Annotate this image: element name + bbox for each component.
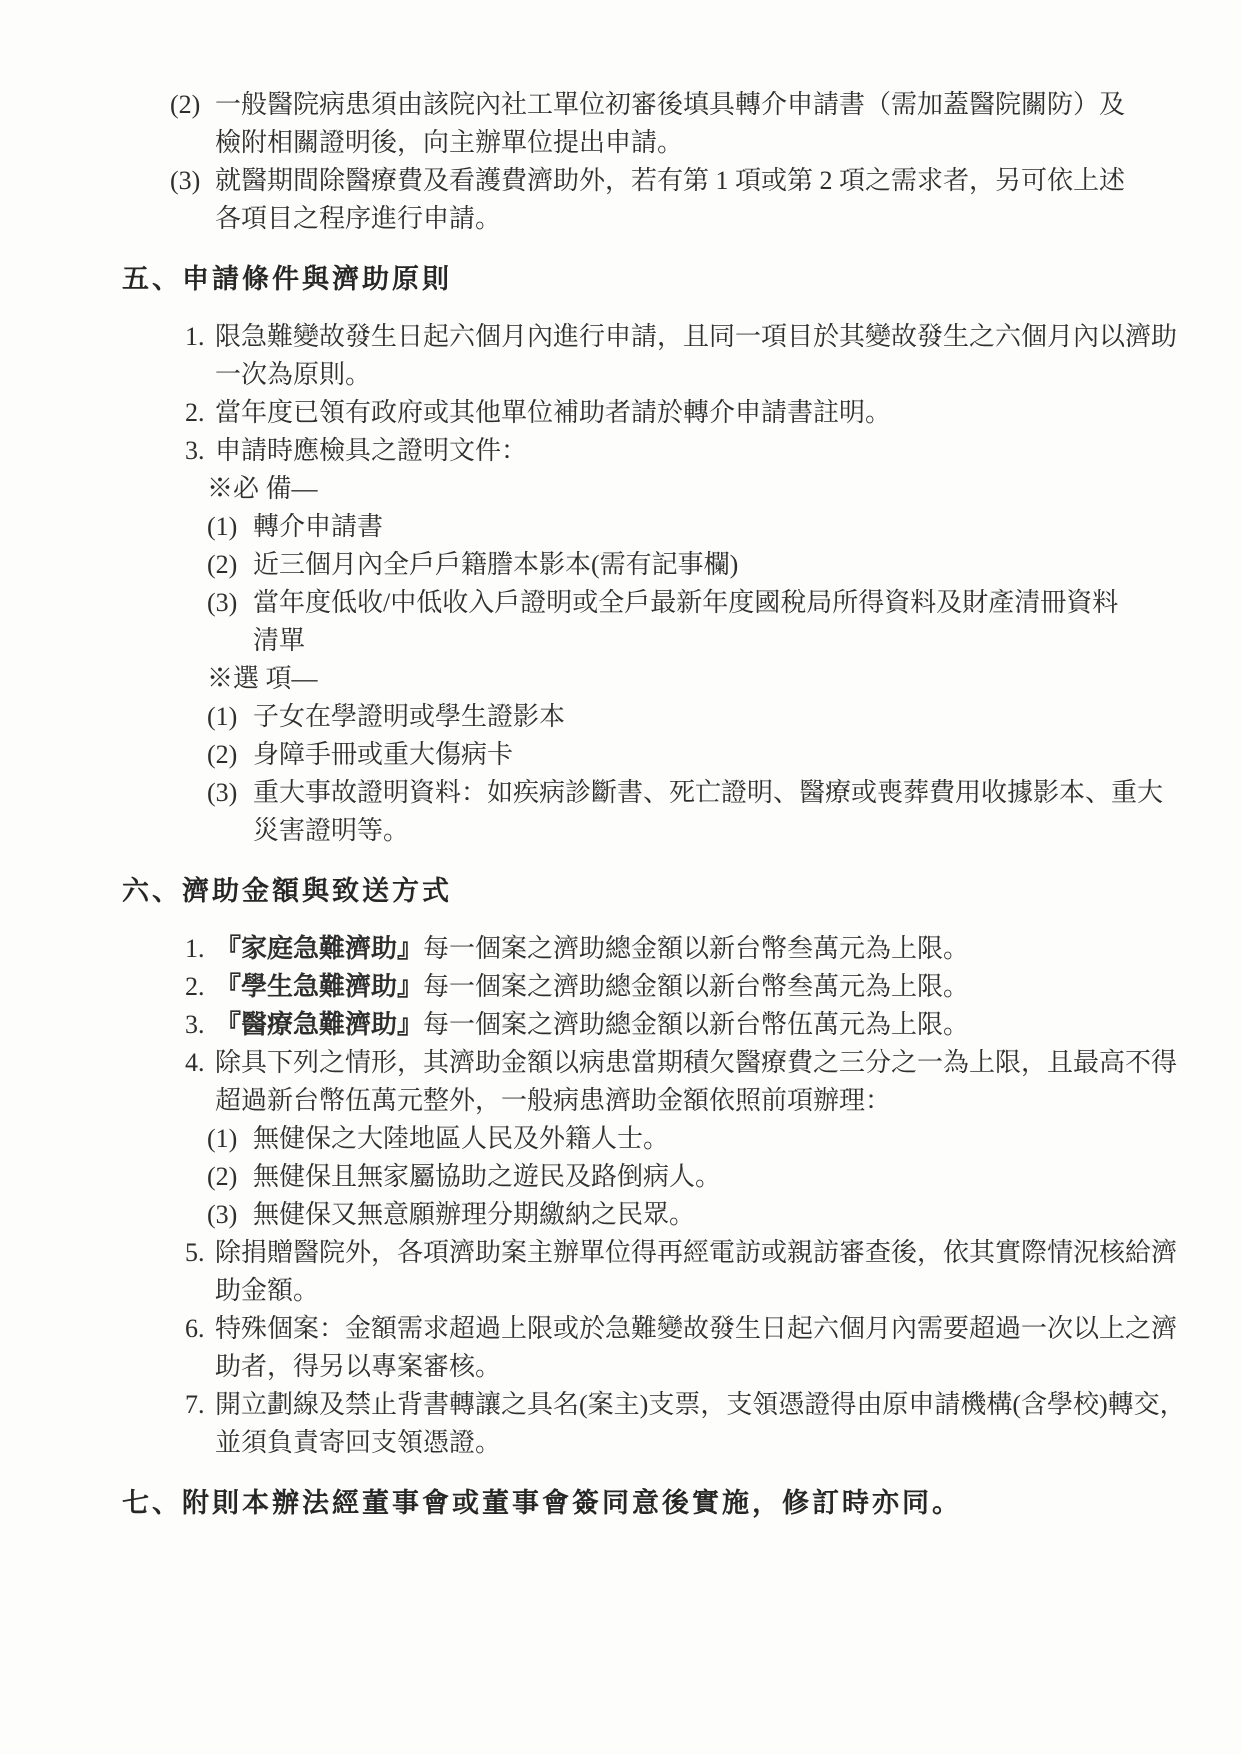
clause-line: 檢附相關證明後，向主辦單位提出申請。 xyxy=(215,124,1186,162)
sub-clause-label: (3) xyxy=(207,584,253,622)
clause-line: 開立劃線及禁止背書轉讓之具名(案主)支票，支領憑證得由原申請機構(含學校)轉交， xyxy=(215,1386,1186,1424)
item-number: 1. xyxy=(185,930,215,968)
clause-line: 當年度低收/中低收入戶證明或全戶最新年度國稅局所得資料及財產清冊資料 xyxy=(253,584,1186,622)
clause-line: 『家庭急難濟助』每一個案之濟助總金額以新台幣叁萬元為上限。 xyxy=(215,930,1186,968)
sub-clause-item: (2) 身障手冊或重大傷病卡 xyxy=(207,736,1186,774)
item-number: 4. xyxy=(185,1044,215,1082)
sub-clause-item: (1) 無健保之大陸地區人民及外籍人士。 xyxy=(207,1120,1186,1158)
clause-text: 每一個案之濟助總金額以新台幣伍萬元為上限。 xyxy=(423,1010,969,1039)
clause-line: 轉介申請書 xyxy=(253,508,1186,546)
clause-line: 災害證明等。 xyxy=(253,812,1186,850)
clause-item: (3) 就醫期間除醫療費及看護費濟助外，若有第 1 項或第 2 項之需求者，另可… xyxy=(170,162,1186,238)
clause-line: 無健保且無家屬協助之遊民及路倒病人。 xyxy=(253,1158,1186,1196)
item-number: 2. xyxy=(185,394,215,432)
clause-line: 『醫療急難濟助』每一個案之濟助總金額以新台幣伍萬元為上限。 xyxy=(215,1006,1186,1044)
numbered-item: 4. 除具下列之情形，其濟助金額以病患當期積欠醫療費之三分之一為上限，且最高不得… xyxy=(185,1044,1186,1120)
item-number: 3. xyxy=(185,432,215,470)
clause-line: 申請時應檢具之證明文件： xyxy=(215,432,1186,470)
sub-clause-label: (2) xyxy=(207,736,253,774)
sub-clause-item: (2) 近三個月內全戶戶籍謄本影本(需有記事欄) xyxy=(207,546,1186,584)
clause-label: (2) xyxy=(170,86,215,124)
numbered-item: 2. 當年度已領有政府或其他單位補助者請於轉介申請書註明。 xyxy=(185,394,1186,432)
clause-line: 子女在學證明或學生證影本 xyxy=(253,698,1186,736)
sub-clause-label: (2) xyxy=(207,546,253,584)
program-name: 『學生急難濟助』 xyxy=(215,972,423,1001)
numbered-item: 3. 『醫療急難濟助』每一個案之濟助總金額以新台幣伍萬元為上限。 xyxy=(185,1006,1186,1044)
sub-clause-item: (1) 轉介申請書 xyxy=(207,508,1186,546)
sub-clause-label: (1) xyxy=(207,1120,253,1158)
sub-clause-item: (3) 當年度低收/中低收入戶證明或全戶最新年度國稅局所得資料及財產清冊資料 清… xyxy=(207,584,1186,660)
item-number: 3. xyxy=(185,1006,215,1044)
sub-clause-label: (1) xyxy=(207,508,253,546)
clause-line: 一次為原則。 xyxy=(215,356,1186,394)
sub-clause-item: (1) 子女在學證明或學生證影本 xyxy=(207,698,1186,736)
numbered-item: 6. 特殊個案：金額需求超過上限或於急難變故發生日起六個月內需要超過一次以上之濟… xyxy=(185,1310,1186,1386)
sub-clause-item: (2) 無健保且無家屬協助之遊民及路倒病人。 xyxy=(207,1158,1186,1196)
item-number: 5. xyxy=(185,1234,215,1272)
clause-line: 重大事故證明資料：如疾病診斷書、死亡證明、醫療或喪葬費用收據影本、重大 xyxy=(253,774,1186,812)
clause-item: (2) 一般醫院病患須由該院內社工單位初審後填具轉介申請書（需加蓋醫院關防）及 … xyxy=(170,86,1186,162)
optional-docs-marker: ※選 項— xyxy=(207,660,1186,698)
clause-line: 清單 xyxy=(253,622,1186,660)
program-name: 『醫療急難濟助』 xyxy=(215,1010,423,1039)
sub-clause-label: (3) xyxy=(207,774,253,812)
numbered-item: 5. 除捐贈醫院外，各項濟助案主辦單位得再經電訪或親訪審查後，依其實際情況核給濟… xyxy=(185,1234,1186,1310)
document-page: (2) 一般醫院病患須由該院內社工單位初審後填具轉介申請書（需加蓋醫院關防）及 … xyxy=(0,0,1241,1755)
numbered-item: 1. 『家庭急難濟助』每一個案之濟助總金額以新台幣叁萬元為上限。 xyxy=(185,930,1186,968)
clause-line: 一般醫院病患須由該院內社工單位初審後填具轉介申請書（需加蓋醫院關防）及 xyxy=(215,86,1186,124)
required-docs-marker: ※必 備— xyxy=(207,470,1186,508)
clause-line: 超過新台幣伍萬元整外，一般病患濟助金額依照前項辦理： xyxy=(215,1082,1186,1120)
program-name: 『家庭急難濟助』 xyxy=(215,934,423,963)
clause-line: 並須負責寄回支領憑證。 xyxy=(215,1424,1186,1462)
clause-label: (3) xyxy=(170,162,215,200)
item-number: 7. xyxy=(185,1386,215,1424)
clause-line: 無健保又無意願辦理分期繳納之民眾。 xyxy=(253,1196,1186,1234)
clause-line: 近三個月內全戶戶籍謄本影本(需有記事欄) xyxy=(253,546,1186,584)
section-heading-six: 六、濟助金額與致送方式 xyxy=(122,872,1186,910)
numbered-item: 3. 申請時應檢具之證明文件： xyxy=(185,432,1186,470)
clause-line: 特殊個案：金額需求超過上限或於急難變故發生日起六個月內需要超過一次以上之濟 xyxy=(215,1310,1186,1348)
clause-line: 各項目之程序進行申請。 xyxy=(215,200,1186,238)
item-number: 2. xyxy=(185,968,215,1006)
item-number: 6. xyxy=(185,1310,215,1348)
clause-line: 除具下列之情形，其濟助金額以病患當期積欠醫療費之三分之一為上限，且最高不得 xyxy=(215,1044,1186,1082)
clause-line: 當年度已領有政府或其他單位補助者請於轉介申請書註明。 xyxy=(215,394,1186,432)
sub-clause-label: (3) xyxy=(207,1196,253,1234)
clause-line: 助者，得另以專案審核。 xyxy=(215,1348,1186,1386)
clause-line: 無健保之大陸地區人民及外籍人士。 xyxy=(253,1120,1186,1158)
section-heading-five: 五、申請條件與濟助原則 xyxy=(122,260,1186,298)
sub-clause-label: (2) xyxy=(207,1158,253,1196)
numbered-item: 7. 開立劃線及禁止背書轉讓之具名(案主)支票，支領憑證得由原申請機構(含學校)… xyxy=(185,1386,1186,1462)
section-heading-seven: 七、附則本辦法經董事會或董事會簽同意後實施，修訂時亦同。 xyxy=(122,1484,1186,1522)
numbered-item: 1. 限急難變故發生日起六個月內進行申請，且同一項目於其變故發生之六個月內以濟助… xyxy=(185,318,1186,394)
clause-line: 限急難變故發生日起六個月內進行申請，且同一項目於其變故發生之六個月內以濟助 xyxy=(215,318,1186,356)
clause-text: 每一個案之濟助總金額以新台幣叁萬元為上限。 xyxy=(423,934,969,963)
clause-line: 助金額。 xyxy=(215,1272,1186,1310)
sub-clause-item: (3) 重大事故證明資料：如疾病診斷書、死亡證明、醫療或喪葬費用收據影本、重大 … xyxy=(207,774,1186,850)
clause-line: 就醫期間除醫療費及看護費濟助外，若有第 1 項或第 2 項之需求者，另可依上述 xyxy=(215,162,1186,200)
clause-line: 除捐贈醫院外，各項濟助案主辦單位得再經電訪或親訪審查後，依其實際情況核給濟 xyxy=(215,1234,1186,1272)
numbered-item: 2. 『學生急難濟助』每一個案之濟助總金額以新台幣叁萬元為上限。 xyxy=(185,968,1186,1006)
item-number: 1. xyxy=(185,318,215,356)
sub-clause-item: (3) 無健保又無意願辦理分期繳納之民眾。 xyxy=(207,1196,1186,1234)
clause-line: 身障手冊或重大傷病卡 xyxy=(253,736,1186,774)
sub-clause-label: (1) xyxy=(207,698,253,736)
clause-text: 每一個案之濟助總金額以新台幣叁萬元為上限。 xyxy=(423,972,969,1001)
clause-line: 『學生急難濟助』每一個案之濟助總金額以新台幣叁萬元為上限。 xyxy=(215,968,1186,1006)
